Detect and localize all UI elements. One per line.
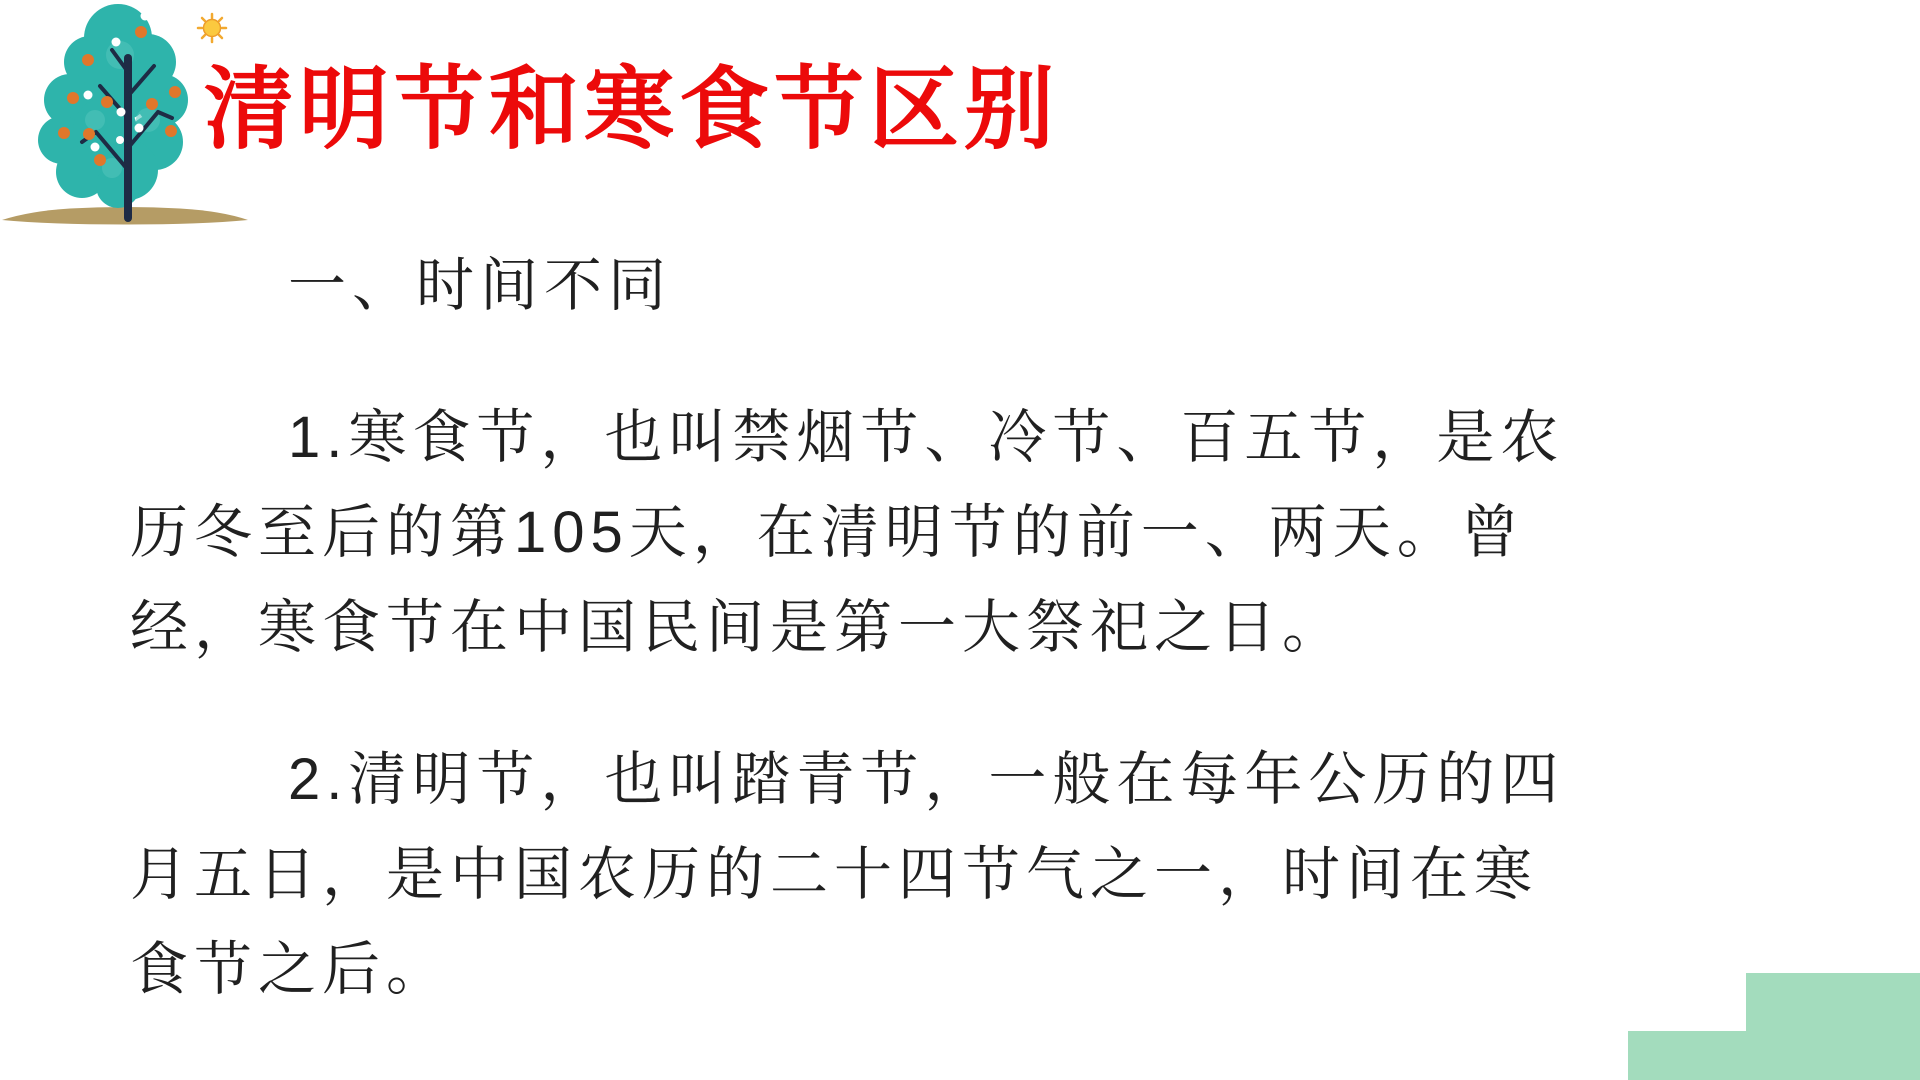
text-line: 历冬至后的第105天，在清明节的前一、两天。曾 [130, 485, 1570, 580]
section-heading: 一、时间不同 [130, 238, 1570, 333]
text-line: 经，寒食节在中国民间是第一大祭祀之日。 [130, 580, 1570, 675]
slide-canvas: 清明节和寒食节区别 一、时间不同 1.寒食节，也叫禁烟节、冷节、百五节，是农 历… [0, 0, 1920, 1080]
paragraph-hanshi: 1.寒食节，也叫禁烟节、冷节、百五节，是农 历冬至后的第105天，在清明节的前一… [130, 390, 1570, 675]
text-line: 月五日，是中国农历的二十四节气之一，时间在寒 [130, 827, 1570, 922]
text-line: 食节之后。 [130, 922, 1570, 1017]
page-title: 清明节和寒食节区别 [204, 36, 1059, 166]
text-line: 2.清明节，也叫踏青节，一般在每年公历的四 [130, 732, 1570, 827]
paragraph-qingming: 2.清明节，也叫踏青节，一般在每年公历的四 月五日，是中国农历的二十四节气之一，… [130, 732, 1570, 1017]
slide-body: 一、时间不同 1.寒食节，也叫禁烟节、冷节、百五节，是农 历冬至后的第105天，… [130, 238, 1570, 1017]
text-line: 1.寒食节，也叫禁烟节、冷节、百五节，是农 [130, 390, 1570, 485]
corner-accent-lower [1628, 1031, 1920, 1080]
